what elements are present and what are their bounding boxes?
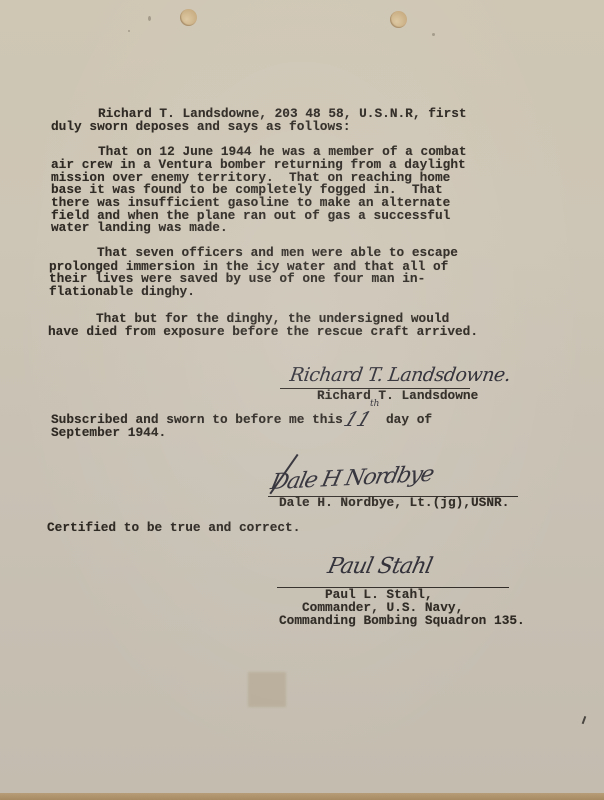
opening-line-2: duly sworn deposes and says as follows: (51, 121, 351, 134)
document-page: Richard T. Landsdowne, 203 48 58, U.S.N.… (0, 0, 604, 793)
jurat-line-2: September 1944. (51, 427, 166, 440)
paper-speck (148, 16, 151, 21)
certification-statement: Certified to be true and correct. (47, 522, 300, 535)
notary-typed-name: Dale H. Nordbye, Lt.(jg),USNR. (279, 497, 509, 510)
punch-hole-right (390, 11, 407, 28)
certifier-command: Commanding Bombing Squadron 135. (279, 615, 525, 628)
para1-line-7: water landing was made. (51, 222, 228, 235)
certifier-signature: Paul Stahl (325, 554, 434, 579)
deponent-signature: Richard T. Landsdowne. (288, 364, 511, 386)
punch-hole-left (180, 9, 197, 26)
paper-mark (582, 716, 586, 724)
paper-stain (248, 672, 286, 707)
deponent-typed-name: Richard T. Landsdowne (317, 390, 478, 403)
jurat-line-1-end: day of (386, 414, 432, 427)
paper-speck (432, 33, 435, 36)
para3-line-2: have died from exposure before the rescu… (48, 326, 478, 339)
paper-speck (128, 30, 130, 32)
jurat-day-suffix: th (370, 399, 379, 409)
para2-line-1: That seven officers and men were able to… (97, 247, 458, 260)
notary-signature: Dale H Nordbye (268, 462, 435, 495)
para2-line-4: flationable dinghy. (49, 286, 195, 299)
table-surface-edge (0, 793, 604, 800)
jurat-day-handwritten: 11 (338, 407, 377, 431)
